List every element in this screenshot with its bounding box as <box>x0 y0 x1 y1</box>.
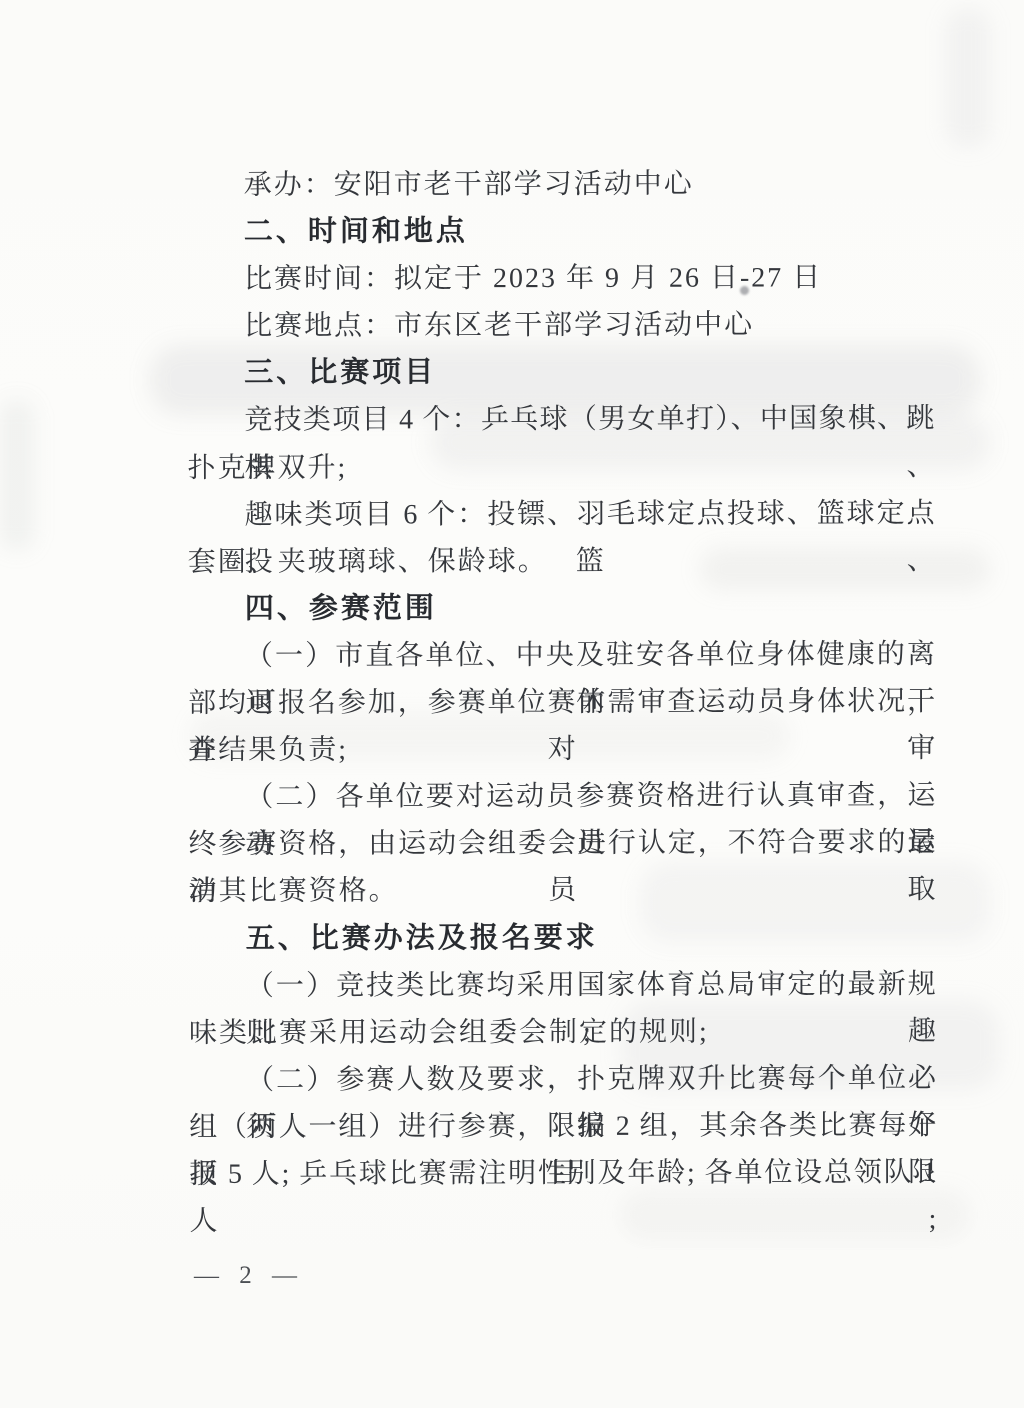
section-heading: 三、比赛项目 <box>187 348 935 397</box>
document-body: 承办：安阳市老干部学习活动中心二、时间和地点比赛时间：拟定于 2023 年 9 … <box>187 160 938 1198</box>
section-heading: 四、参赛范围 <box>188 584 936 633</box>
section-heading: 二、时间和地点 <box>187 207 935 256</box>
text-line: 趣味类项目 6 个：投镖、羽毛球定点投球、篮球定点投篮、 <box>188 490 936 539</box>
scan-edge-smudge <box>945 8 991 148</box>
text-line: 竞技类项目 4 个：乒乓球（男女单打）、中国象棋、跳棋、 <box>187 395 935 444</box>
page-number: — 2 — <box>194 1262 304 1290</box>
text-line: 比赛时间：拟定于 2023 年 9 月 26 日-27 日 <box>187 254 935 303</box>
text-line: （二）参赛人数及要求，扑克牌双升比赛每个单位必须编好 <box>189 1055 937 1104</box>
text-line: （二）各单位要对运动员参赛资格进行认真审查，运动员最 <box>188 772 936 821</box>
scanned-document-page: 承办：安阳市老干部学习活动中心二、时间和地点比赛时间：拟定于 2023 年 9 … <box>0 0 1024 1408</box>
text-line: 部均可报名参加，参赛单位赛前需审查运动员身体状况，并对审 <box>188 678 936 727</box>
text-line: 终参赛资格，由运动会组委会进行认定，不符合要求的运动员取 <box>188 819 936 868</box>
text-line: 比赛地点：市东区老干部学习活动中心 <box>187 301 935 350</box>
section-heading: 五、比赛办法及报名要求 <box>189 914 937 963</box>
scan-edge-smudge <box>0 400 34 550</box>
text-line: 报 5 人; 乒乓球比赛需注明性别及年龄; 各单位设总领队 1 人; <box>189 1149 937 1198</box>
text-line: （一）市直各单位、中央及驻安各单位身体健康的离退休干 <box>188 631 936 680</box>
text-line: 承办：安阳市老干部学习活动中心 <box>187 160 935 209</box>
text-line: 组（两人一组）进行参赛，限报 2 组，其余各类比赛每个项目限 <box>189 1102 937 1151</box>
text-line: （一）竞技类比赛均采用国家体育总局审定的最新规则; 趣 <box>189 961 937 1010</box>
